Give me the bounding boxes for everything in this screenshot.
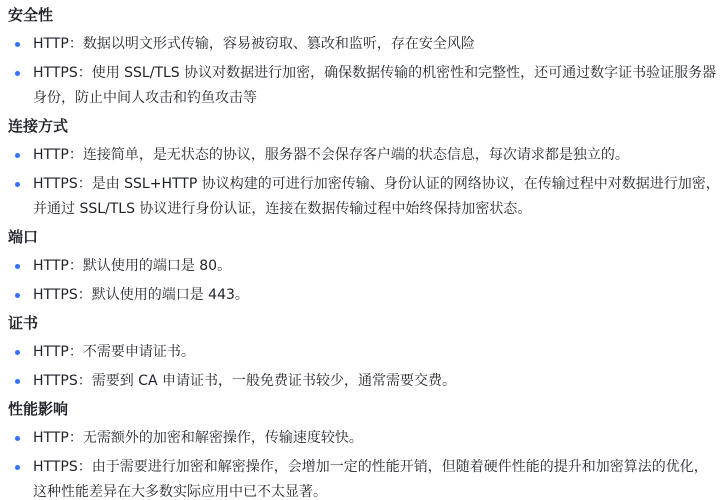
list-item: HTTPS：默认使用的端口是 443。	[8, 283, 720, 308]
bullet-icon	[15, 436, 20, 441]
list-item-text: HTTP：连接简单，是无状态的协议，服务器不会保存客户端的状态信息，每次请求都是…	[33, 143, 720, 168]
list-item: HTTPS：是由 SSL+HTTP 协议构建的可进行加密传输、身份认证的网络协议…	[8, 172, 720, 222]
section-heading: 端口	[8, 226, 720, 248]
list-item-text: HTTP：无需额外的加密和解密操作，传输速度较快。	[33, 426, 720, 451]
list-item-text: HTTP：默认使用的端口是 80。	[33, 254, 720, 279]
list-item-text: HTTPS：由于需要进行加密和解密操作，会增加一定的性能开销，但随着硬件性能的提…	[33, 455, 720, 500]
bullet-icon	[15, 182, 20, 187]
bullet-list: HTTP：数据以明文形式传输，容易被窃取、篡改和监听，存在安全风险 HTTPS：…	[8, 32, 720, 111]
list-item: HTTP：默认使用的端口是 80。	[8, 254, 720, 279]
list-item-text: HTTPS：默认使用的端口是 443。	[33, 283, 720, 308]
bullet-list: HTTP：不需要申请证书。 HTTPS：需要到 CA 申请证书，一般免费证书较少…	[8, 340, 720, 394]
bullet-icon	[15, 71, 20, 76]
bullet-list: HTTP：连接简单，是无状态的协议，服务器不会保存客户端的状态信息，每次请求都是…	[8, 143, 720, 222]
list-item: HTTP：数据以明文形式传输，容易被窃取、篡改和监听，存在安全风险	[8, 32, 720, 57]
section-heading: 证书	[8, 312, 720, 334]
list-item: HTTP：不需要申请证书。	[8, 340, 720, 365]
list-item: HTTPS：使用 SSL/TLS 协议对数据进行加密，确保数据传输的机密性和完整…	[8, 61, 720, 111]
list-item-text: HTTPS：是由 SSL+HTTP 协议构建的可进行加密传输、身份认证的网络协议…	[33, 172, 720, 222]
list-item-text: HTTPS：需要到 CA 申请证书，一般免费证书较少，通常需要交费。	[33, 369, 720, 394]
section-connection: 连接方式 HTTP：连接简单，是无状态的协议，服务器不会保存客户端的状态信息，每…	[8, 115, 720, 222]
list-item: HTTP：连接简单，是无状态的协议，服务器不会保存客户端的状态信息，每次请求都是…	[8, 143, 720, 168]
section-port: 端口 HTTP：默认使用的端口是 80。 HTTPS：默认使用的端口是 443。	[8, 226, 720, 308]
bullet-icon	[15, 153, 20, 158]
list-item-text: HTTPS：使用 SSL/TLS 协议对数据进行加密，确保数据传输的机密性和完整…	[33, 61, 720, 111]
list-item: HTTP：无需额外的加密和解密操作，传输速度较快。	[8, 426, 720, 451]
bullet-icon	[15, 293, 20, 298]
bullet-icon	[15, 465, 20, 470]
bullet-icon	[15, 350, 20, 355]
section-heading: 连接方式	[8, 115, 720, 137]
section-heading: 性能影响	[8, 398, 720, 420]
section-performance: 性能影响 HTTP：无需额外的加密和解密操作，传输速度较快。 HTTPS：由于需…	[8, 398, 720, 500]
list-item-text: HTTP：不需要申请证书。	[33, 340, 720, 365]
bullet-icon	[15, 264, 20, 269]
bullet-list: HTTP：无需额外的加密和解密操作，传输速度较快。 HTTPS：由于需要进行加密…	[8, 426, 720, 500]
section-certificate: 证书 HTTP：不需要申请证书。 HTTPS：需要到 CA 申请证书，一般免费证…	[8, 312, 720, 394]
list-item: HTTPS：由于需要进行加密和解密操作，会增加一定的性能开销，但随着硬件性能的提…	[8, 455, 720, 500]
bullet-icon	[15, 42, 20, 47]
list-item-text: HTTP：数据以明文形式传输，容易被窃取、篡改和监听，存在安全风险	[33, 32, 720, 57]
section-heading: 安全性	[8, 4, 720, 26]
list-item: HTTPS：需要到 CA 申请证书，一般免费证书较少，通常需要交费。	[8, 369, 720, 394]
bullet-icon	[15, 379, 20, 384]
document-body: 安全性 HTTP：数据以明文形式传输，容易被窃取、篡改和监听，存在安全风险 HT…	[0, 0, 728, 500]
bullet-list: HTTP：默认使用的端口是 80。 HTTPS：默认使用的端口是 443。	[8, 254, 720, 308]
section-security: 安全性 HTTP：数据以明文形式传输，容易被窃取、篡改和监听，存在安全风险 HT…	[8, 4, 720, 111]
